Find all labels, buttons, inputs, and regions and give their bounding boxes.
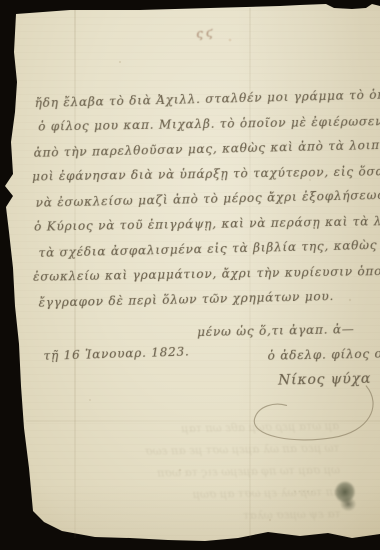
stamp-side-text: ····· <box>294 488 315 496</box>
letter-body: ἤδη ἔλαβα τὸ διὰ Ἀχιλλ. σταλθέν μοι γράμ… <box>32 84 376 315</box>
bleed-through-text: αμ ωτα μερ σωμ αθε ωπ ταμ τω μεσ απ ωλ α… <box>39 415 341 530</box>
scanned-letter-page: ςϛ ἤδη ἔλαβα τὸ διὰ Ἀχιλλ. σταλθέν μοι γ… <box>0 0 380 550</box>
letter-signoff: ὁ ἀδελφ. φίλος σου <box>267 346 380 363</box>
letter-closing: μένω ὡς ὅ,τι ἀγαπ. ἀ— <box>197 322 355 339</box>
letter-signature: Νίκος ψύχα <box>278 371 371 389</box>
letter-date: τῇ 16 Ἰανουαρ. 1823. <box>43 345 189 363</box>
